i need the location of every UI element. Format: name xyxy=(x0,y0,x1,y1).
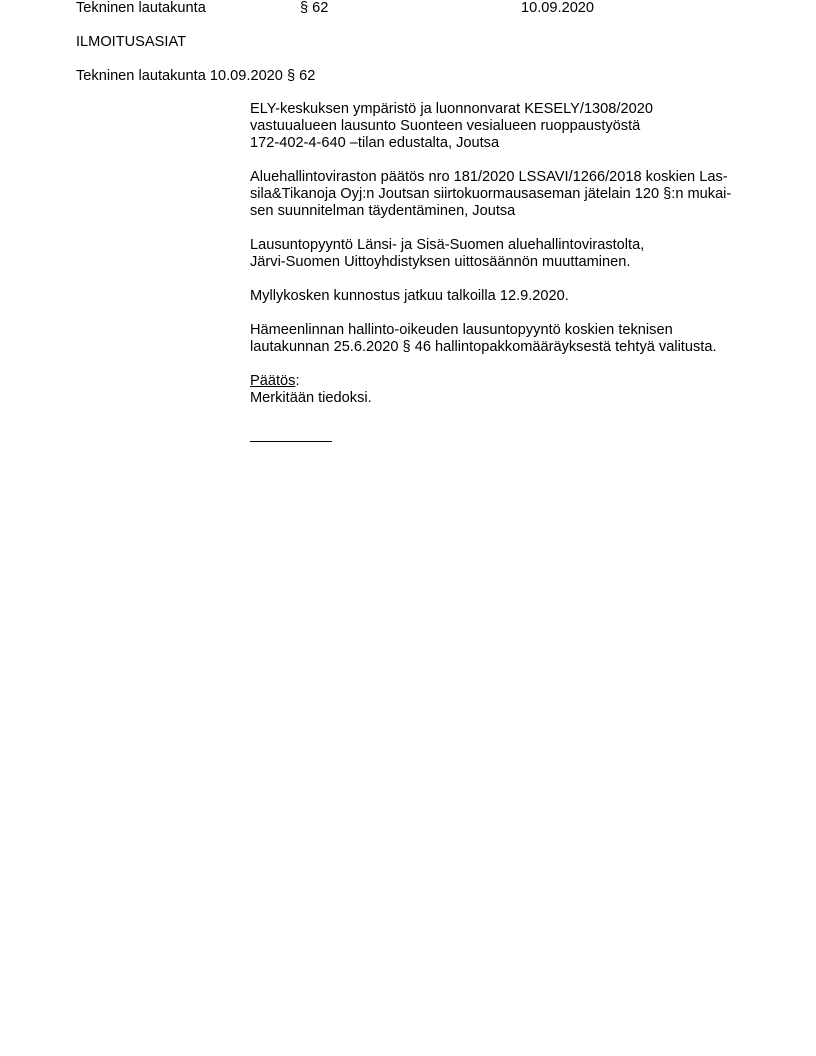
notice-item-line: sila&Tikanoja Oyj:n Joutsan siirtokuorma… xyxy=(250,186,740,203)
notice-item: Lausuntopyyntö Länsi- ja Sisä-Suomen alu… xyxy=(250,237,740,271)
notice-item-line: Järvi-Suomen Uittoyhdistyksen uittosäänn… xyxy=(250,254,740,271)
notice-item-line: Lausuntopyyntö Länsi- ja Sisä-Suomen alu… xyxy=(250,237,740,254)
notice-item-line: Myllykosken kunnostus jatkuu talkoilla 1… xyxy=(250,288,740,305)
decision-block: Päätös: Merkitään tiedoksi. xyxy=(250,373,740,407)
notice-item-line: vastuualueen lausunto Suonteen vesialuee… xyxy=(250,118,740,135)
notice-item: Hämeenlinnan hallinto-oikeuden lausuntop… xyxy=(250,322,740,356)
notice-item-line: sen suunnitelman täydentäminen, Joutsa xyxy=(250,203,740,220)
decision-text: Merkitään tiedoksi. xyxy=(250,390,740,407)
notice-item: ELY-keskuksen ympäristö ja luonnonvarat … xyxy=(250,101,740,152)
notice-items: ELY-keskuksen ympäristö ja luonnonvarat … xyxy=(250,101,740,356)
notice-item-line: lautakunnan 25.6.2020 § 46 hallintopakko… xyxy=(250,339,740,356)
notice-item-line: 172-402-4-640 –tilan edustalta, Joutsa xyxy=(250,135,740,152)
notice-item-line: ELY-keskuksen ympäristö ja luonnonvarat … xyxy=(250,101,740,118)
notice-item-line: Hämeenlinnan hallinto-oikeuden lausuntop… xyxy=(250,322,740,339)
section-title: ILMOITUSASIAT xyxy=(76,34,186,51)
notice-item-line: Aluehallintoviraston päätös nro 181/2020… xyxy=(250,169,740,186)
decision-label-suffix: : xyxy=(295,373,299,389)
header-section-number: § 62 xyxy=(300,0,328,17)
end-rule xyxy=(250,424,332,442)
notice-item: Aluehallintoviraston päätös nro 181/2020… xyxy=(250,169,740,220)
meeting-reference: Tekninen lautakunta 10.09.2020 § 62 xyxy=(76,68,315,85)
header-body-name: Tekninen lautakunta xyxy=(76,0,206,17)
decision-label: Päätös xyxy=(250,373,295,389)
notice-item: Myllykosken kunnostus jatkuu talkoilla 1… xyxy=(250,288,740,305)
header-date: 10.09.2020 xyxy=(521,0,594,17)
notice-list: ELY-keskuksen ympäristö ja luonnonvarat … xyxy=(250,101,740,442)
